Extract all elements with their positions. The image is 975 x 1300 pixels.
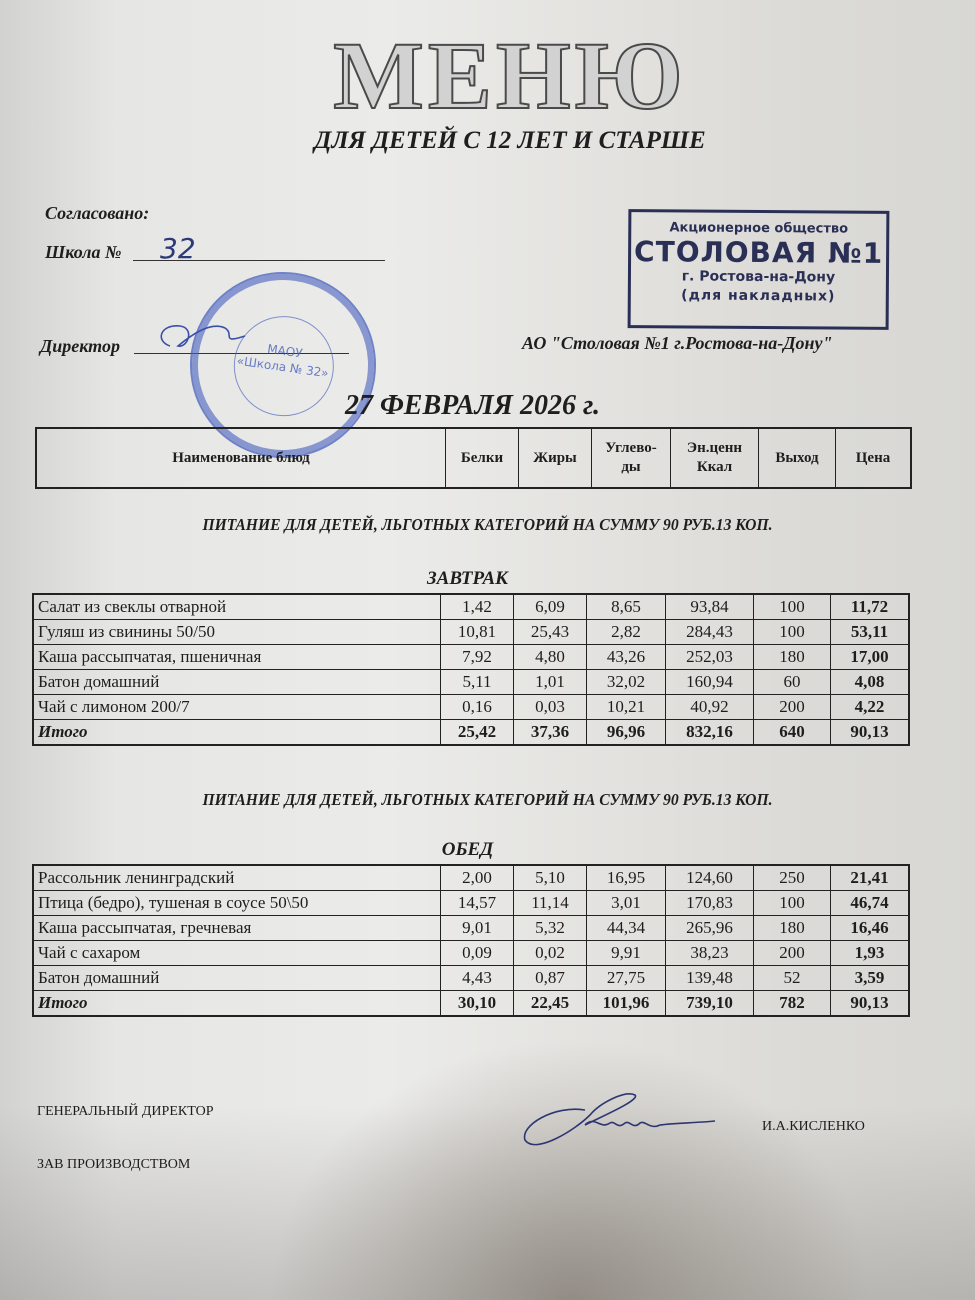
cell-protein: 1,42 [441,594,514,620]
cell-fat: 6,09 [514,594,587,620]
cell-kcal: 252,03 [666,645,754,670]
production-head-title: ЗАВ ПРОИЗВОДСТВОМ [37,1157,190,1173]
col-yield: Выход [759,428,836,488]
cell-carbs: 96,96 [587,720,666,746]
col-dish-name: Наименование блюд [36,428,446,488]
menu-subtitle: ДЛЯ ДЕТЕЙ С 12 ЛЕТ И СТАРШЕ [0,127,975,155]
cell-yield: 100 [754,620,831,645]
cell-price: 11,72 [831,594,910,620]
col-kcal: Эн.ценн Ккал [671,428,759,488]
cell-carbs: 2,82 [587,620,666,645]
dish-name: Батон домашний [33,966,441,991]
table-row: Каша рассыпчатая, гречневая9,015,3244,34… [33,916,909,941]
dish-name: Чай с лимоном 200/7 [33,695,441,720]
cell-yield: 250 [754,865,831,891]
cell-fat: 25,43 [514,620,587,645]
cell-kcal: 832,16 [666,720,754,746]
cell-fat: 5,32 [514,916,587,941]
total-row: Итого30,1022,45101,96739,1078290,13 [33,991,909,1017]
cell-kcal: 284,43 [666,620,754,645]
cell-price: 46,74 [831,891,910,916]
cell-price: 4,22 [831,695,910,720]
cell-kcal: 739,10 [666,991,754,1017]
director-signature-icon [150,316,270,356]
cell-fat: 11,14 [514,891,587,916]
cell-carbs: 10,21 [587,695,666,720]
table-row: Каша рассыпчатая, пшеничная7,924,8043,26… [33,645,909,670]
breakfast-table: Салат из свеклы отварной1,426,098,6593,8… [32,593,910,746]
cell-price: 90,13 [831,720,910,746]
table-row: Батон домашний5,111,0132,02160,94604,08 [33,670,909,695]
stamp-line-1: Акционерное общество [631,220,886,237]
table-row: Батон домашний4,430,8727,75139,48523,59 [33,966,909,991]
cell-price: 3,59 [831,966,910,991]
cell-protein: 0,16 [441,695,514,720]
cell-carbs: 9,91 [587,941,666,966]
cell-protein: 5,11 [441,670,514,695]
cell-carbs: 32,02 [587,670,666,695]
cell-kcal: 124,60 [666,865,754,891]
cell-yield: 200 [754,695,831,720]
table-row: Салат из свеклы отварной1,426,098,6593,8… [33,594,909,620]
cell-carbs: 3,01 [587,891,666,916]
dish-name: Каша рассыпчатая, гречневая [33,916,441,941]
cell-kcal: 40,92 [666,695,754,720]
cell-protein: 4,43 [441,966,514,991]
cell-yield: 782 [754,991,831,1017]
cell-protein: 2,00 [441,865,514,891]
cell-fat: 37,36 [514,720,587,746]
cell-price: 16,46 [831,916,910,941]
cell-price: 21,41 [831,865,910,891]
cell-fat: 5,10 [514,865,587,891]
col-price: Цена [836,428,912,488]
lunch-title: ОБЕД [0,839,935,861]
cell-fat: 1,01 [514,670,587,695]
cell-price: 1,93 [831,941,910,966]
total-row: Итого25,4237,3696,96832,1664090,13 [33,720,909,746]
dish-name: Каша рассыпчатая, пшеничная [33,645,441,670]
lunch-section-note: ПИТАНИЕ ДЛЯ ДЕТЕЙ, ЛЬГОТНЫХ КАТЕГОРИЙ НА… [39,790,936,810]
cell-kcal: 265,96 [666,916,754,941]
col-carbs: Углево- ды [592,428,671,488]
dish-name: Итого [33,991,441,1017]
stamp-line-2: СТОЛОВАЯ №1 [631,235,886,270]
table-header: Наименование блюд Белки Жиры Углево- ды … [35,427,912,489]
company-name: АО "Столовая №1 г.Ростова-на-Дону" [522,333,832,354]
cell-kcal: 160,94 [666,670,754,695]
cell-fat: 0,87 [514,966,587,991]
cell-carbs: 43,26 [587,645,666,670]
cell-carbs: 101,96 [587,991,666,1017]
col-fat: Жиры [519,428,592,488]
cell-yield: 200 [754,941,831,966]
lunch-table: Рассольник ленинградский2,005,1016,95124… [32,864,910,1017]
dish-name: Салат из свеклы отварной [33,594,441,620]
cell-price: 53,11 [831,620,910,645]
cell-carbs: 8,65 [587,594,666,620]
cell-fat: 0,03 [514,695,587,720]
cell-yield: 640 [754,720,831,746]
dish-name: Рассольник ленинградский [33,865,441,891]
dish-name: Итого [33,720,441,746]
col-protein: Белки [446,428,519,488]
cell-yield: 180 [754,916,831,941]
general-director-name: И.А.КИСЛЕНКО [762,1119,865,1135]
cell-yield: 60 [754,670,831,695]
breakfast-section-note: ПИТАНИЕ ДЛЯ ДЕТЕЙ, ЛЬГОТНЫХ КАТЕГОРИЙ НА… [39,515,936,535]
stamp-line-4: (для накладных) [631,287,886,305]
cell-kcal: 38,23 [666,941,754,966]
cell-kcal: 139,48 [666,966,754,991]
table-row: Птица (бедро), тушеная в соусе 50\5014,5… [33,891,909,916]
cell-price: 90,13 [831,991,910,1017]
table-row: Чай с лимоном 200/70,160,0310,2140,92200… [33,695,909,720]
director-label: Директор [40,336,120,357]
cell-yield: 100 [754,891,831,916]
menu-date: 27 ФЕВРАЛЯ 2026 г. [345,390,600,422]
cell-protein: 9,01 [441,916,514,941]
cell-yield: 180 [754,645,831,670]
general-director-title: ГЕНЕРАЛЬНЫЙ ДИРЕКТОР [37,1104,213,1120]
table-row: Рассольник ленинградский2,005,1016,95124… [33,865,909,891]
cell-price: 17,00 [831,645,910,670]
cell-carbs: 44,34 [587,916,666,941]
breakfast-title: ЗАВТРАК [0,568,935,590]
table-row: Чай с сахаром0,090,029,9138,232001,93 [33,941,909,966]
cell-protein: 7,92 [441,645,514,670]
cell-protein: 10,81 [441,620,514,645]
agreed-label: Согласовано: [45,203,149,224]
cell-carbs: 16,95 [587,865,666,891]
cell-yield: 100 [754,594,831,620]
cell-fat: 0,02 [514,941,587,966]
cell-protein: 14,57 [441,891,514,916]
stamp-line-3: г. Ростова-на-Дону [631,268,886,286]
cell-kcal: 170,83 [666,891,754,916]
dish-name: Гуляш из свинины 50/50 [33,620,441,645]
cell-yield: 52 [754,966,831,991]
school-label: Школа № [45,242,121,263]
general-director-signature-icon [515,1085,715,1155]
cell-price: 4,08 [831,670,910,695]
dish-name: Птица (бедро), тушеная в соусе 50\50 [33,891,441,916]
cell-kcal: 93,84 [666,594,754,620]
dish-name: Батон домашний [33,670,441,695]
cell-protein: 25,42 [441,720,514,746]
cell-fat: 4,80 [514,645,587,670]
menu-title: МЕНЮ [300,28,720,124]
cell-fat: 22,45 [514,991,587,1017]
table-row: Гуляш из свинины 50/5010,8125,432,82284,… [33,620,909,645]
company-rect-stamp: Акционерное общество СТОЛОВАЯ №1 г. Рост… [628,209,890,330]
cell-protein: 0,09 [441,941,514,966]
dish-name: Чай с сахаром [33,941,441,966]
cell-protein: 30,10 [441,991,514,1017]
cell-carbs: 27,75 [587,966,666,991]
school-number-handwritten: 32 [160,232,196,265]
